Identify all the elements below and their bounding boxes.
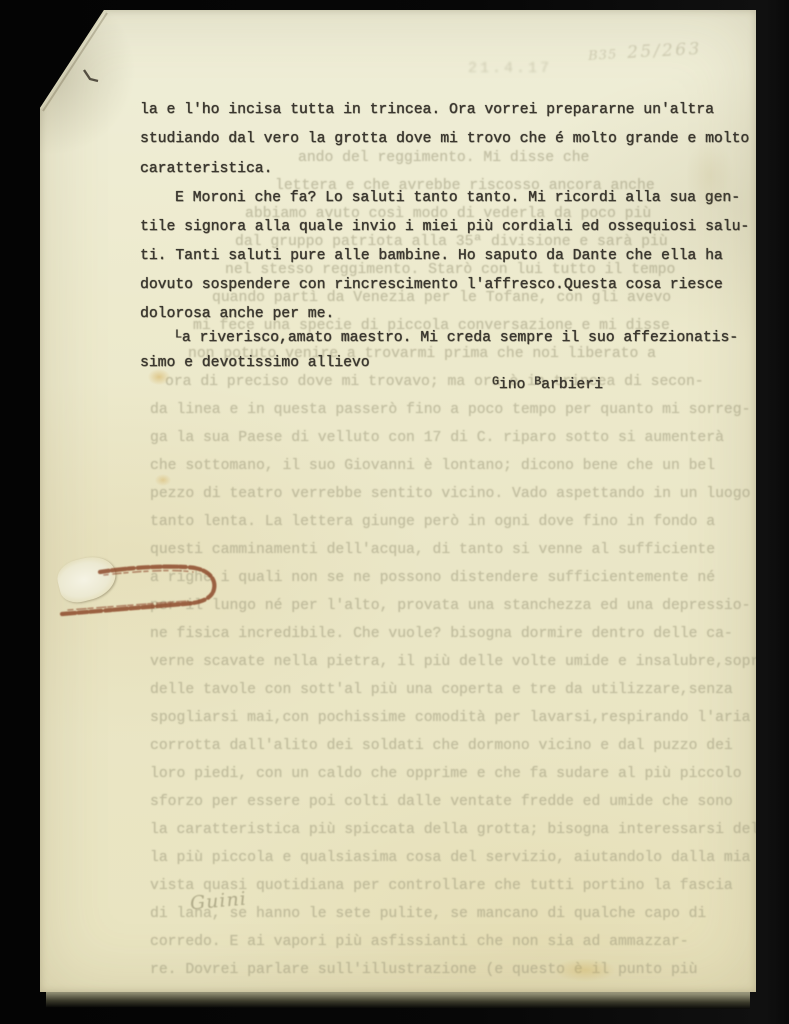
rust-paperclip-stain <box>48 538 238 633</box>
typed-line: La riverisco,amato maestro. Mi creda sem… <box>175 330 738 346</box>
typed-line: E Moroni che fa? Lo saluti tanto tanto. … <box>175 190 740 206</box>
fold-mark <box>84 70 98 81</box>
cut-corner-edge <box>40 10 160 140</box>
signature-line: Gino Barbieri <box>492 377 603 393</box>
typed-line: tile signora alla quale invio i miei più… <box>140 219 749 235</box>
typed-line: studiando dal vero la grotta dove mi tro… <box>140 131 749 147</box>
letter-page: ando del reggimento. Mi disse chelettera… <box>40 10 756 992</box>
typed-line: caratteristica. <box>140 161 272 177</box>
typed-line: ti. Tanti saluti pure alle bambine. Ho s… <box>140 248 723 264</box>
typed-line: dolorosa anche per me. <box>140 306 334 322</box>
typed-line: la e l'ho incisa tutta in trincea. Ora v… <box>140 102 714 118</box>
scanner-background: ando del reggimento. Mi disse chelettera… <box>0 0 789 1024</box>
typed-line: dovuto sospendere con rincrescimento l'a… <box>140 277 723 293</box>
typed-text-layer: la e l'ho incisa tutta in trincea. Ora v… <box>40 10 756 992</box>
typed-line: simo e devotissimo allievo <box>140 355 370 371</box>
